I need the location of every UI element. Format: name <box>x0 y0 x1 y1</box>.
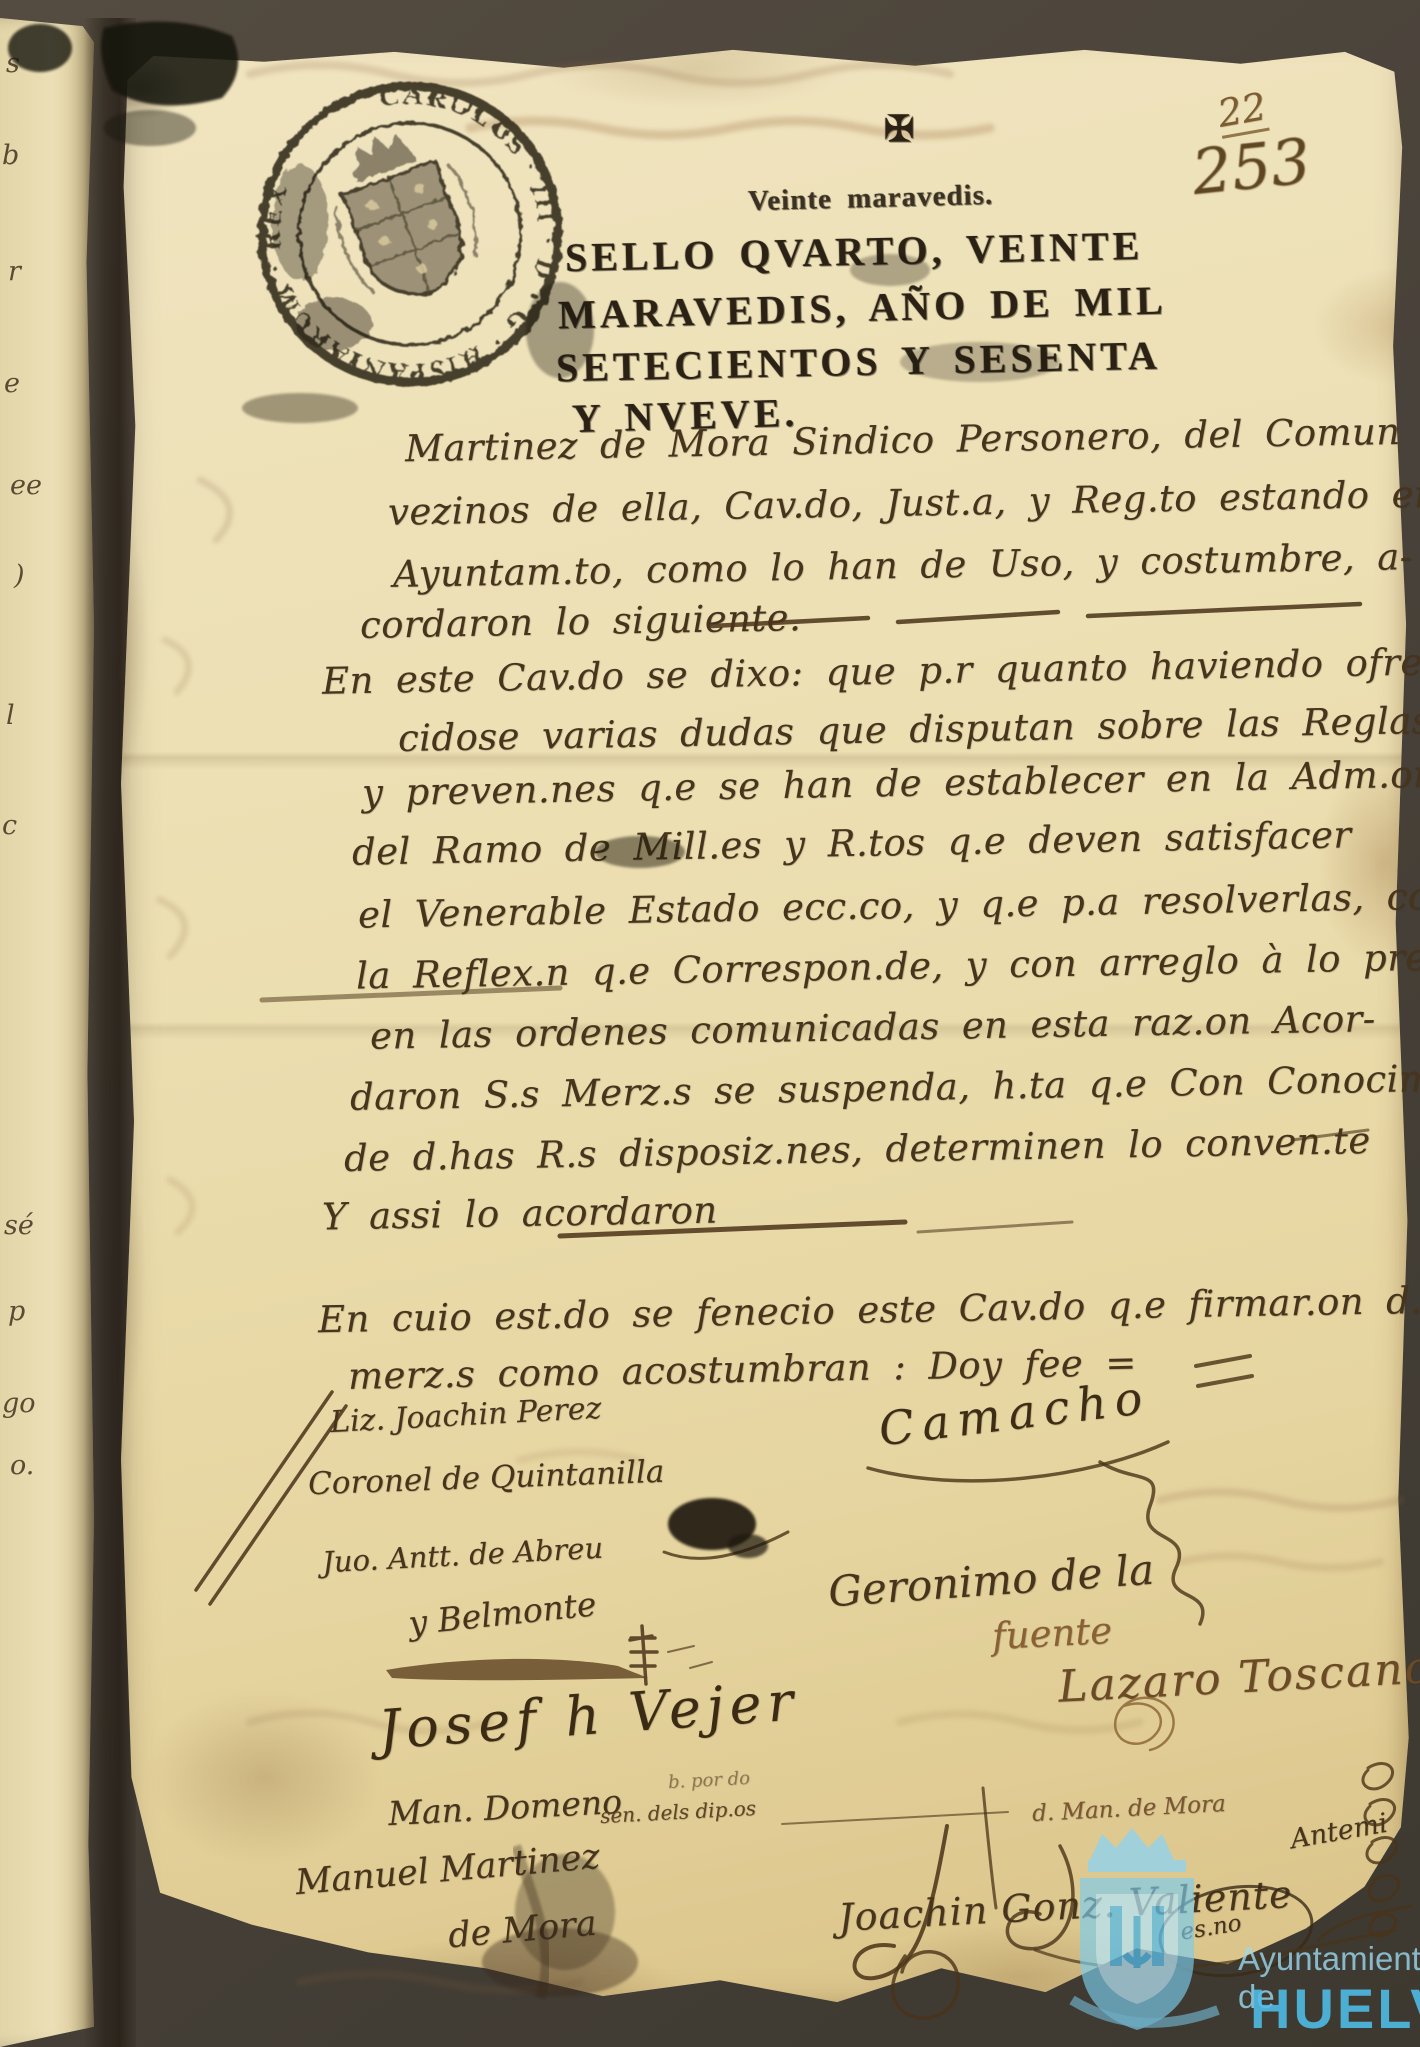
binding-gutter-shadow <box>84 18 136 2047</box>
folio-number-large: 253 <box>1189 124 1314 209</box>
previous-page-edge: s b r e ee ) l c sé p go o. <box>0 18 94 2047</box>
margin-text-fragment: go <box>2 1388 36 1419</box>
margin-text-fragment: s <box>6 48 20 79</box>
margin-text-fragment: sé <box>4 1210 34 1241</box>
margin-text-fragment: p <box>8 1296 25 1327</box>
manuscript-line: cordaron lo siguiente. <box>360 596 802 647</box>
margin-text-fragment: ee <box>10 470 42 501</box>
archival-manuscript-scan: s b r e ee ) l c sé p go o. <box>0 0 1420 2047</box>
watermark-text-line2: HUELVA <box>1250 1976 1420 2041</box>
printed-tax-line: Veinte maravedis. <box>748 179 994 218</box>
carolus-iii-seal-stamp: CAROLUS · III · D · G · HISPANIARUM · RE… <box>238 62 582 406</box>
escribano-label: es.no <box>1179 1910 1244 1945</box>
margin-text-fragment: o. <box>10 1450 34 1481</box>
margin-text-fragment: ) <box>14 560 25 591</box>
signature-fuente: fuente <box>991 1609 1113 1658</box>
manuscript-line: Y assi lo acordaron <box>322 1189 718 1239</box>
margin-text-fragment: l <box>6 700 15 731</box>
note-por-do: b. por do <box>668 1768 751 1793</box>
margin-text-fragment: e <box>4 368 20 399</box>
margin-text-fragment: b <box>2 140 19 171</box>
margin-text-fragment: r <box>8 256 21 287</box>
margin-text-fragment: c <box>2 810 17 841</box>
printed-cross-icon: ✠ <box>884 108 918 150</box>
